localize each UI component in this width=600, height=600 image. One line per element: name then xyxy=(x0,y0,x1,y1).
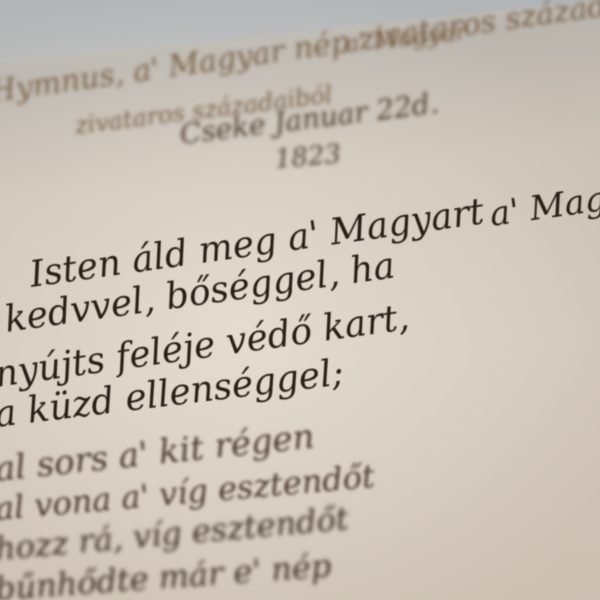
manuscript-photo: a' Magyar Hymnus, a' Magyar nép zivataro… xyxy=(0,0,600,600)
header-line: 1823 xyxy=(274,139,343,175)
